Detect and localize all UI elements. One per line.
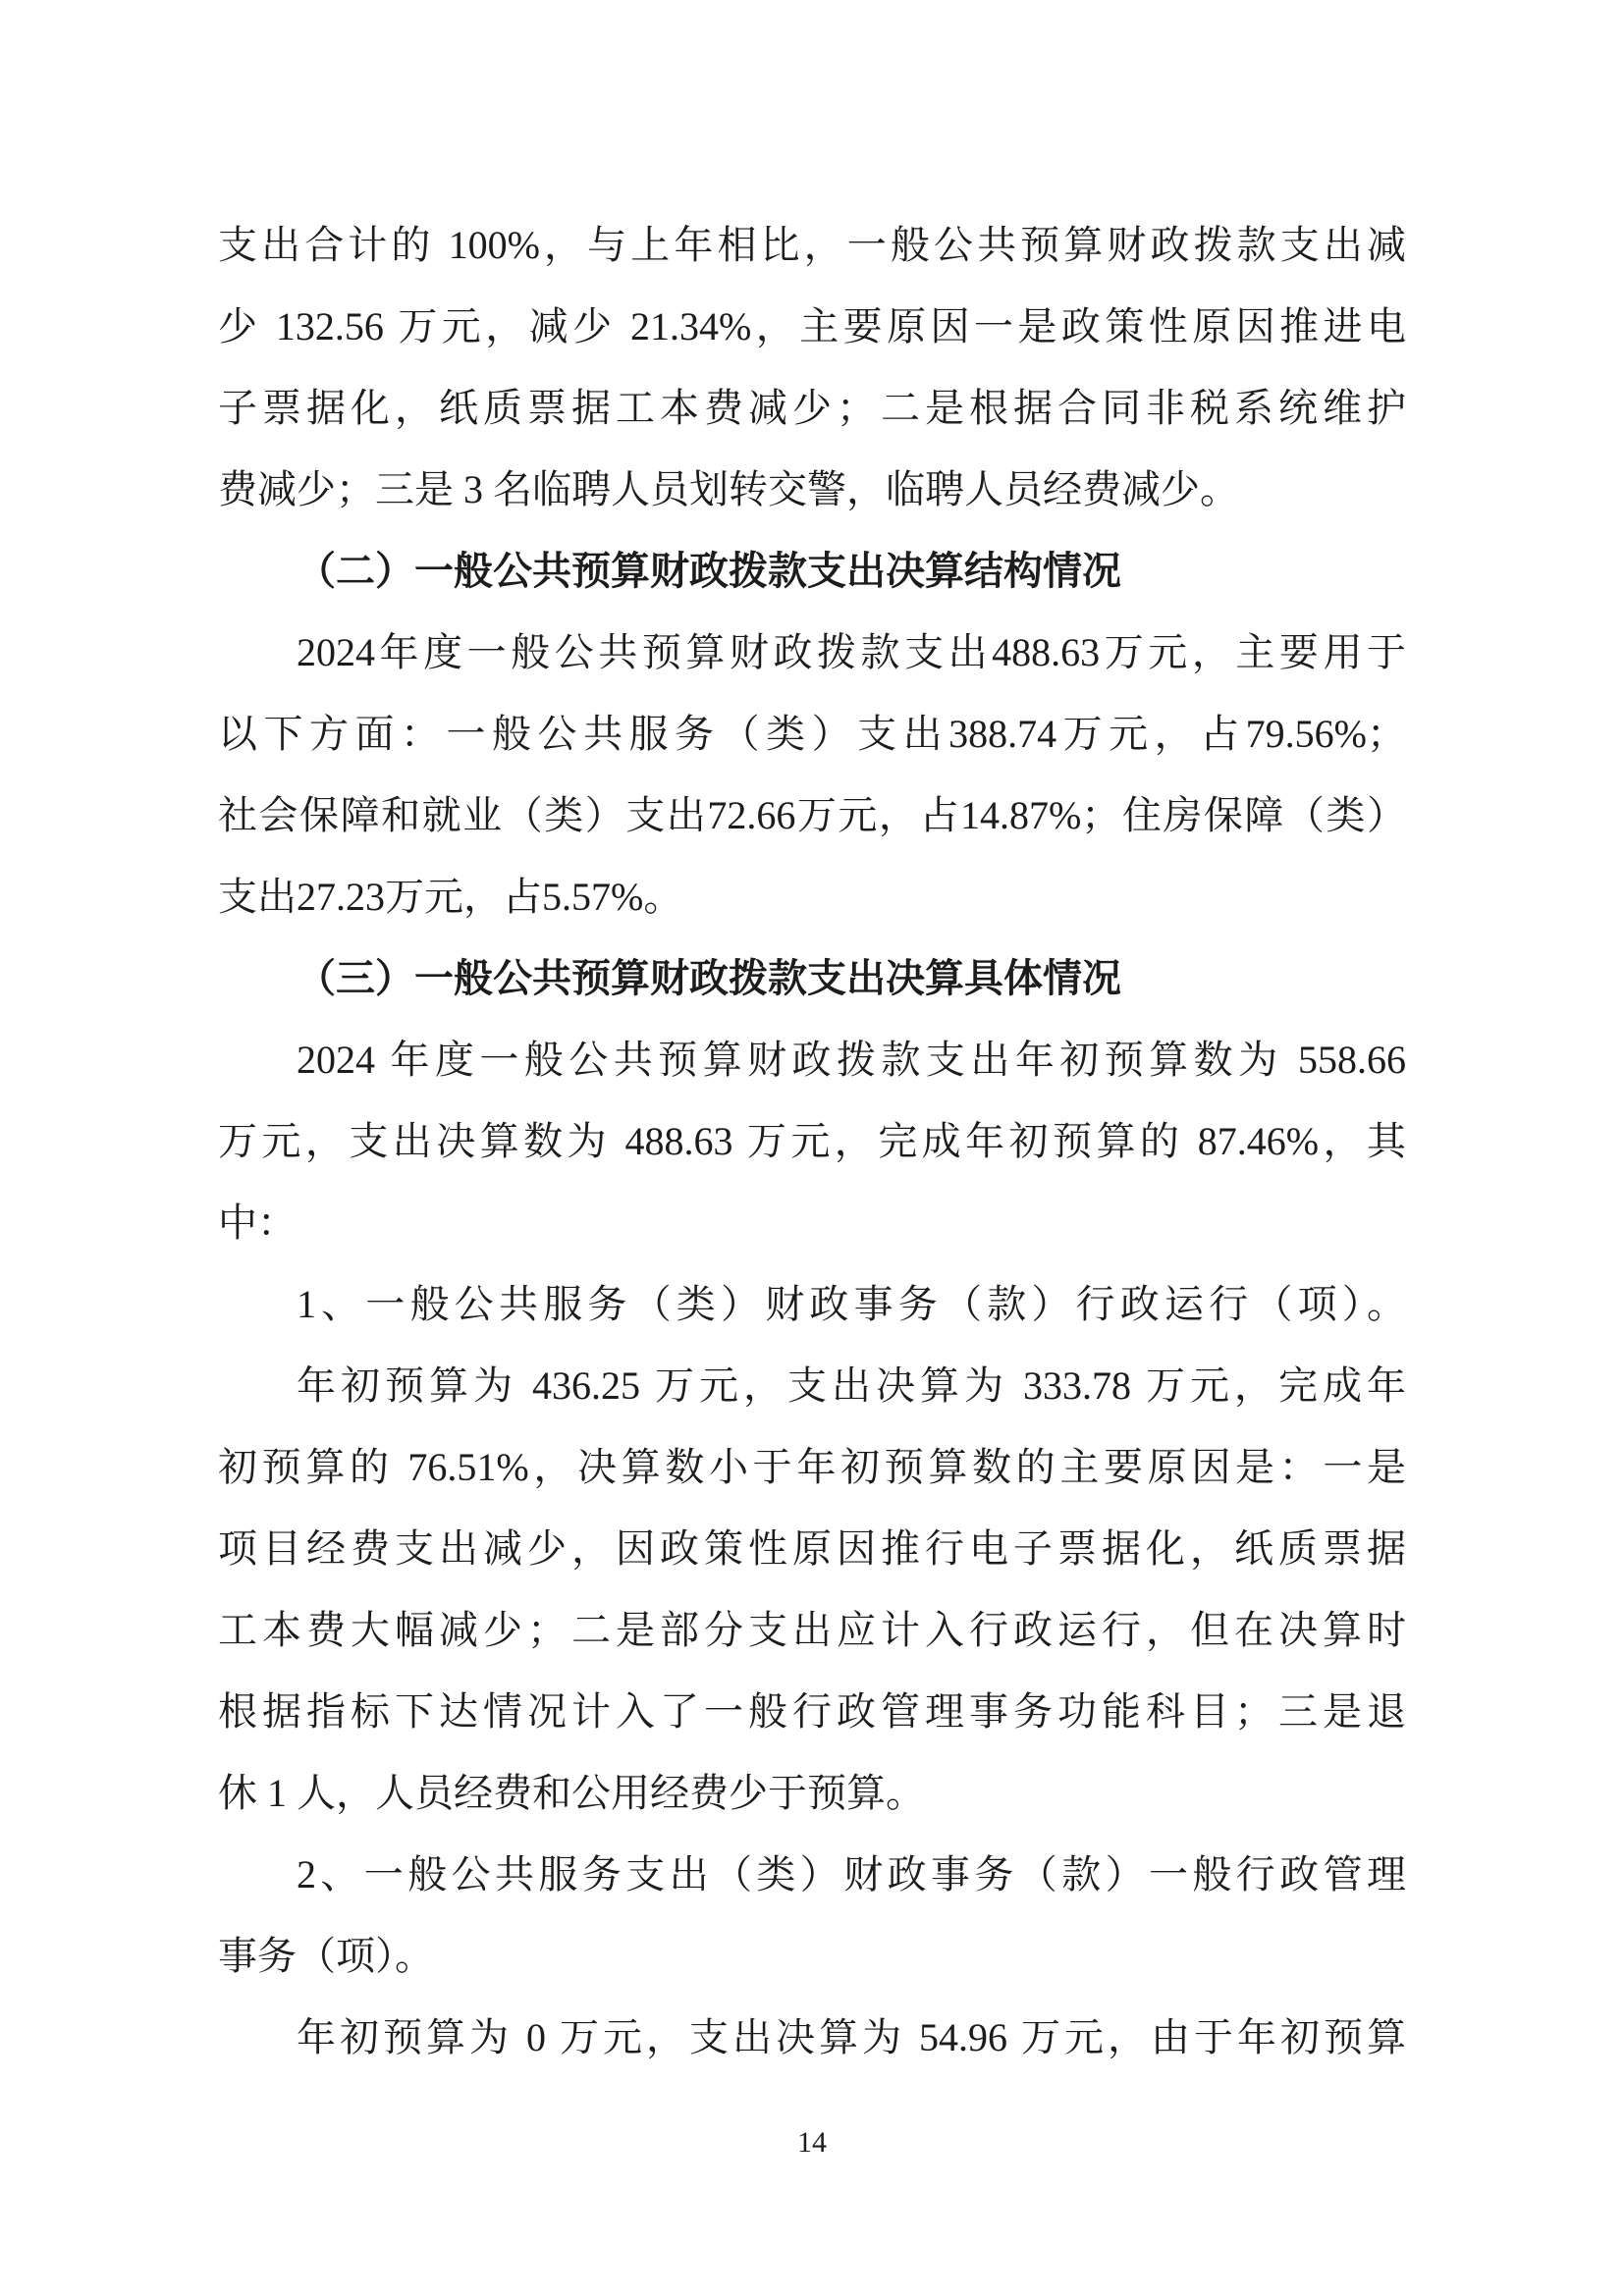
- section-heading: （三）一般公共预算财政拨款支出决算具体情况: [218, 937, 1406, 1019]
- text-line: 少 132.56 万元，减少 21.34%，主要原因一是政策性原因推进电: [218, 286, 1406, 367]
- text-line: 支出合计的 100%，与上年相比，一般公共预算财政拨款支出减: [218, 204, 1406, 286]
- text-line: 社会保障和就业（类）支出72.66万元，占14.87%；住房保障（类）: [218, 774, 1406, 856]
- text-line: 1、一般公共服务（类）财政事务（款）行政运行（项）。: [218, 1263, 1406, 1345]
- document-page: 支出合计的 100%，与上年相比，一般公共预算财政拨款支出减少 132.56 万…: [0, 0, 1624, 2296]
- text-line: 年初预算为 0 万元，支出决算为 54.96 万元，由于年初预算: [218, 1997, 1406, 2078]
- page-number: 14: [0, 2126, 1624, 2160]
- text-line: 2024年度一般公共预算财政拨款支出488.63万元，主要用于: [218, 612, 1406, 693]
- text-line: 休 1 人，人员经费和公用经费少于预算。: [218, 1752, 1406, 1834]
- text-line: 项目经费支出减少，因政策性原因推行电子票据化，纸质票据: [218, 1508, 1406, 1589]
- text-line: 费减少；三是 3 名临聘人员划转交警，临聘人员经费减少。: [218, 449, 1406, 530]
- section-heading: （二）一般公共预算财政拨款支出决算结构情况: [218, 530, 1406, 612]
- text-line: 以下方面：一般公共服务（类）支出388.74万元，占79.56%；: [218, 693, 1406, 774]
- text-line: 2024 年度一般公共预算财政拨款支出年初预算数为 558.66: [218, 1019, 1406, 1100]
- text-line: 事务（项）。: [218, 1915, 1406, 1997]
- text-line: 初预算的 76.51%，决算数小于年初预算数的主要原因是：一是: [218, 1426, 1406, 1508]
- text-line: 子票据化，纸质票据工本费减少；二是根据合同非税系统维护: [218, 367, 1406, 449]
- text-line: 根据指标下达情况计入了一般行政管理事务功能科目；三是退: [218, 1671, 1406, 1752]
- text-line: 支出27.23万元，占5.57%。: [218, 856, 1406, 937]
- text-line: 工本费大幅减少；二是部分支出应计入行政运行，但在决算时: [218, 1589, 1406, 1671]
- text-line: 年初预算为 436.25 万元，支出决算为 333.78 万元，完成年: [218, 1345, 1406, 1426]
- text-line: 2、一般公共服务支出（类）财政事务（款）一般行政管理: [218, 1834, 1406, 1915]
- text-line: 万元，支出决算数为 488.63 万元，完成年初预算的 87.46%，其: [218, 1100, 1406, 1182]
- text-line: 中：: [218, 1182, 1406, 1263]
- document-body: 支出合计的 100%，与上年相比，一般公共预算财政拨款支出减少 132.56 万…: [218, 204, 1406, 2078]
